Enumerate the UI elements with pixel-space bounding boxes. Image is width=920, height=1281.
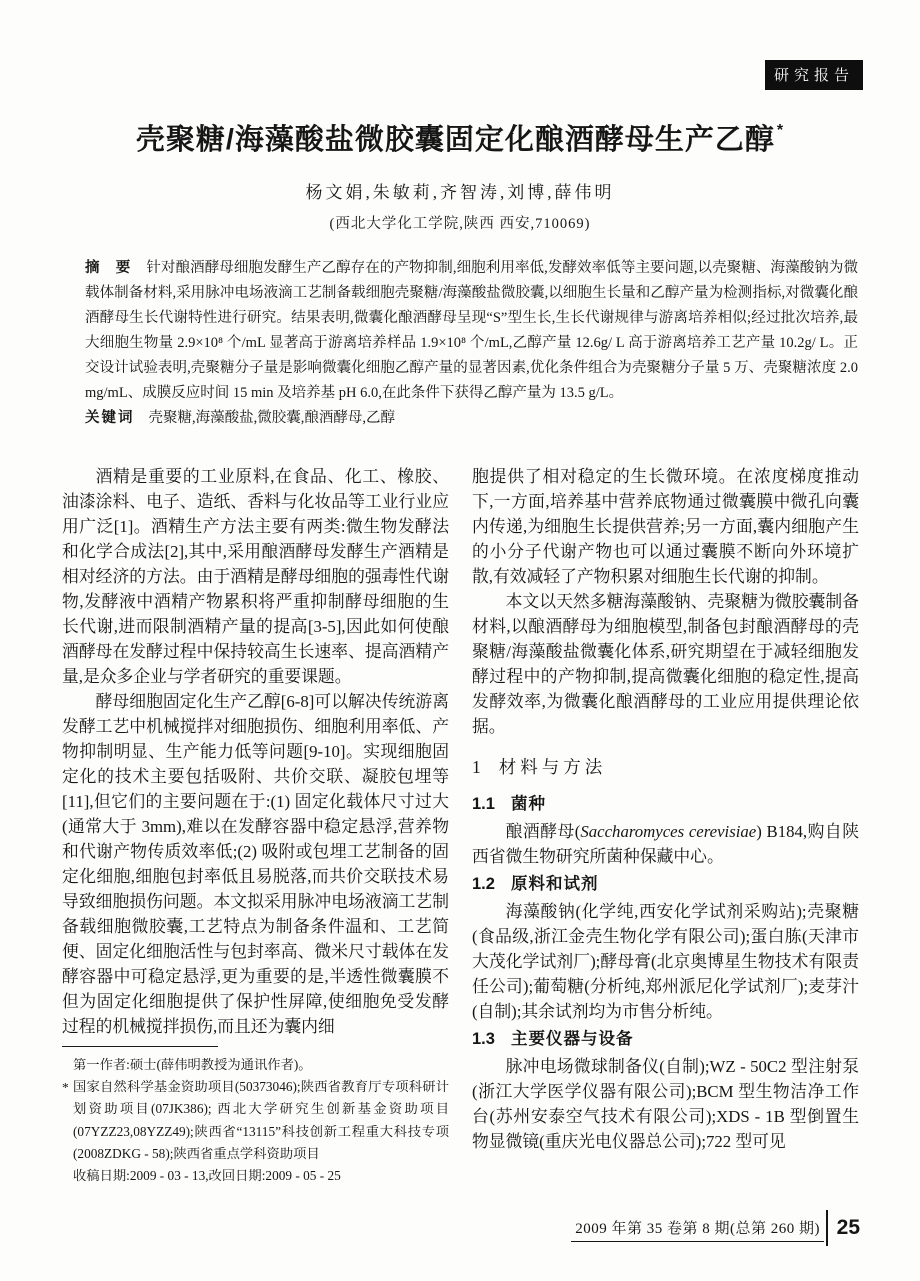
footnote-first-author: 第一作者:硕士(薛伟明教授为通讯作者)。 (62, 1054, 449, 1076)
abstract-text: 针对酿酒酵母细胞发酵生产乙醇存在的产物抑制,细胞利用率低,发酵效率低等主要问题,… (85, 260, 858, 401)
continuation-paragraph: 胞提供了相对稳定的生长微环境。在浓度梯度推动下,一方面,培养基中营养底物通过微囊… (472, 464, 859, 589)
journal-issue-info: 2009 年第 35 卷第 8 期(总第 260 期) (571, 1215, 824, 1242)
page-footer: 2009 年第 35 卷第 8 期(总第 260 期) 25 (571, 1210, 860, 1246)
section-1-1-title: 菌种 (511, 795, 546, 813)
authors-line: 杨文娟,朱敏莉,齐智涛,刘博,薛伟明 (0, 178, 920, 203)
title-footnote-marker: * (777, 122, 784, 139)
paper-title-text: 壳聚糖/海藻酸盐微胶囊固定化酿酒酵母生产乙醇 (136, 124, 775, 156)
category-badge: 研究报告 (765, 60, 863, 90)
strain-text-pre: 酿酒酵母( (506, 822, 581, 841)
section-1-number: 1 (472, 757, 481, 777)
keywords-label: 关键词 (85, 410, 135, 426)
section-1-heading: 1材料与方法 (472, 755, 859, 780)
footer-divider (826, 1210, 828, 1246)
section-1-3-heading: 1.3主要仪器与设备 (472, 1027, 859, 1052)
section-1-1-heading: 1.1菌种 (472, 792, 859, 817)
footnote-star-marker: * (62, 1077, 69, 1099)
equipment-paragraph: 脉冲电场微球制备仪(自制);WZ - 50C2 型注射泵(浙江大学医学仪器有限公… (472, 1054, 859, 1154)
intro-paragraph-2: 酵母细胞固定化生产乙醇[6-8]可以解决传统游离发酵工艺中机械搅拌对细胞损伤、细… (62, 689, 449, 1039)
footnote-dates: 收稿日期:2009 - 03 - 13,改回日期:2009 - 05 - 25 (62, 1165, 449, 1187)
intro-paragraph-1: 酒精是重要的工业原料,在食品、化工、橡胶、油漆涂料、电子、造纸、香料与化妆品等工… (62, 464, 449, 689)
section-1-title: 材料与方法 (499, 757, 607, 777)
objective-paragraph: 本文以天然多糖海藻酸钠、壳聚糖为微胶囊制备材料,以酿酒酵母为细胞模型,制备包封酿… (472, 589, 859, 739)
abstract-label: 摘 要 (85, 260, 136, 276)
section-1-3-title: 主要仪器与设备 (511, 1030, 634, 1048)
abstract-paragraph: 摘 要针对酿酒酵母细胞发酵生产乙醇存在的产物抑制,细胞利用率低,发酵效率低等主要… (85, 256, 858, 406)
left-column: 酒精是重要的工业原料,在食品、化工、橡胶、油漆涂料、电子、造纸、香料与化妆品等工… (62, 464, 449, 1187)
right-column: 胞提供了相对稳定的生长微环境。在浓度梯度推动下,一方面,培养基中营养底物通过微囊… (472, 464, 859, 1187)
footnote-block: 第一作者:硕士(薛伟明教授为通讯作者)。 *国家自然科学基金资助项目(50373… (62, 1046, 449, 1187)
strain-latin-name: Saccharomyces cerevisiae (580, 822, 756, 841)
section-1-2-number: 1.2 (472, 875, 495, 893)
paper-title: 壳聚糖/海藻酸盐微胶囊固定化酿酒酵母生产乙醇* (0, 117, 920, 158)
abstract-block: 摘 要针对酿酒酵母细胞发酵生产乙醇存在的产物抑制,细胞利用率低,发酵效率低等主要… (85, 256, 858, 431)
keywords-text: 壳聚糖,海藻酸盐,微胶囊,酿酒酵母,乙醇 (149, 410, 396, 426)
section-1-2-heading: 1.2原料和试剂 (472, 872, 859, 897)
footnote-funding: *国家自然科学基金资助项目(50373046);陕西省教育厅专项科研计划资助项目… (62, 1076, 449, 1165)
affiliation-line: (西北大学化工学院,陕西 西安,710069) (0, 212, 920, 233)
reagents-paragraph: 海藻酸钠(化学纯,西安化学试剂采购站);壳聚糖(食品级,浙江金壳生物化学有限公司… (472, 899, 859, 1024)
page-number: 25 (837, 1216, 860, 1240)
section-1-2-title: 原料和试剂 (511, 875, 599, 893)
paper-page: 研究报告 壳聚糖/海藻酸盐微胶囊固定化酿酒酵母生产乙醇* 杨文娟,朱敏莉,齐智涛… (0, 0, 920, 1281)
keywords-line: 关键词壳聚糖,海藻酸盐,微胶囊,酿酒酵母,乙醇 (85, 406, 858, 431)
footnote-divider (62, 1046, 218, 1047)
section-1-1-number: 1.1 (472, 795, 495, 813)
footnote-funding-text: 国家自然科学基金资助项目(50373046);陕西省教育厅专项科研计划资助项目(… (73, 1079, 449, 1161)
section-1-3-number: 1.3 (472, 1030, 495, 1048)
body-columns: 酒精是重要的工业原料,在食品、化工、橡胶、油漆涂料、电子、造纸、香料与化妆品等工… (62, 464, 859, 1187)
strain-paragraph: 酿酒酵母(Saccharomyces cerevisiae) B184,购自陕西… (472, 819, 859, 869)
